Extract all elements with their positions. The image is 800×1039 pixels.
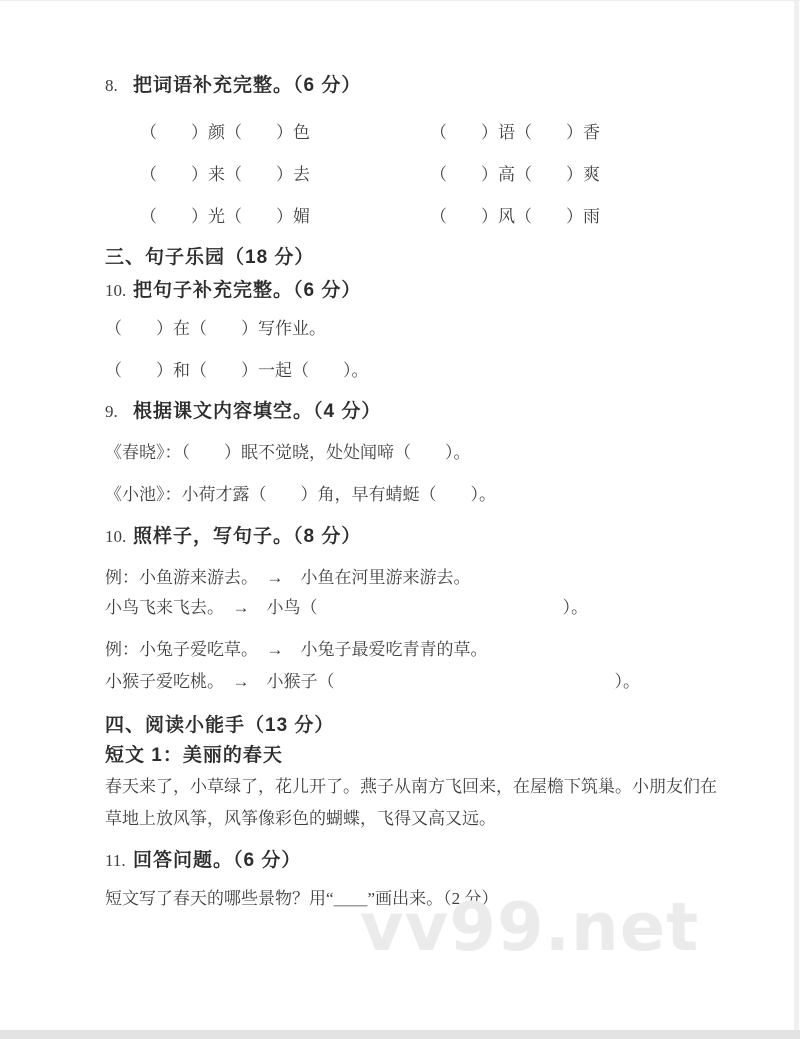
q10b-item2: 小猴子爱吃桃。 → 小猴子（）。 (105, 671, 640, 692)
passage-text-line: 春天来了，小草绿了，花儿开了。燕子从南方飞回来，在屋檐下筑巢。小朋友们在 (105, 776, 717, 797)
q8-row3-right: （ ）风（ ）雨 (430, 206, 600, 227)
site-watermark: vv99.net (360, 894, 699, 961)
q10b-item1-suffix: ）。 (563, 598, 589, 617)
passage-text-line: 草地上放风筝，风筝像彩色的蝴蝶，飞得又高又远。 (105, 808, 496, 829)
answer-blank (318, 612, 563, 613)
question-10b-title: 照样子，写句子。（8 分） (133, 526, 361, 547)
page-bottom-bar (0, 1030, 800, 1039)
q10b-item2-prefix: 小猴子爱吃桃。 → 小猴子（ (105, 672, 335, 691)
question-9-heading: 9.根据课文内容填空。（4 分） (105, 401, 381, 424)
question-9-title: 根据课文内容填空。（4 分） (133, 401, 381, 422)
q10b-item2-suffix: ）。 (615, 672, 641, 691)
q8-row3-left: （ ）光（ ）媚 (140, 206, 310, 227)
passage-title: 短文 1：美丽的春天 (105, 745, 283, 768)
q9-line-xiaochi: 《小池》：小荷才露（ ）角，早有蜻蜓（ ）。 (105, 484, 496, 505)
question-10a-number: 10. (105, 281, 133, 301)
q8-row2-left: （ ）来（ ）去 (140, 164, 310, 185)
question-10a-heading: 10.把句子补充完整。（6 分） (105, 280, 361, 303)
q10b-item1: 小鸟飞来飞去。 → 小鸟（）。 (105, 597, 588, 618)
question-11-number: 11. (105, 851, 133, 871)
question-8-heading: 8.把词语补充完整。（6 分） (105, 75, 361, 98)
q10a-line: （ ）在（ ）写作业。 (105, 318, 326, 339)
page-top-edge (0, 0, 800, 1)
q8-row1-left: （ ）颜（ ）色 (140, 122, 310, 143)
q8-row1-right: （ ）语（ ）香 (430, 122, 600, 143)
question-10b-number: 10. (105, 527, 133, 547)
q8-row2-right: （ ）高（ ）爽 (430, 164, 600, 185)
page-right-edge (794, 0, 799, 1030)
question-10a-title: 把句子补充完整。（6 分） (133, 280, 361, 301)
q9-line-chunxiao: 《春晓》：（ ）眠不觉晓，处处闻啼（ ）。 (105, 442, 471, 463)
question-8-title: 把词语补充完整。（6 分） (133, 75, 361, 96)
section-4-heading: 四、阅读小能手（13 分） (105, 715, 334, 738)
question-10b-heading: 10.照样子，写句子。（8 分） (105, 526, 361, 549)
question-9-number: 9. (105, 402, 133, 422)
answer-blank (335, 686, 615, 687)
q10b-example2: 例：小兔子爱吃草。 → 小兔子最爱吃青青的草。 (105, 639, 488, 660)
section-3-heading: 三、句子乐园（18 分） (105, 247, 314, 270)
worksheet-page: 8.把词语补充完整。（6 分） （ ）颜（ ）色 （ ）语（ ）香 （ ）来（ … (0, 0, 800, 1039)
q10b-item1-prefix: 小鸟飞来飞去。 → 小鸟（ (105, 598, 318, 617)
q10a-line: （ ）和（ ）一起（ ）。 (105, 360, 369, 381)
question-11-title: 回答问题。（6 分） (133, 850, 301, 871)
question-8-number: 8. (105, 76, 133, 96)
question-11-heading: 11.回答问题。（6 分） (105, 850, 301, 873)
q10b-example1: 例：小鱼游来游去。 → 小鱼在河里游来游去。 (105, 567, 471, 588)
